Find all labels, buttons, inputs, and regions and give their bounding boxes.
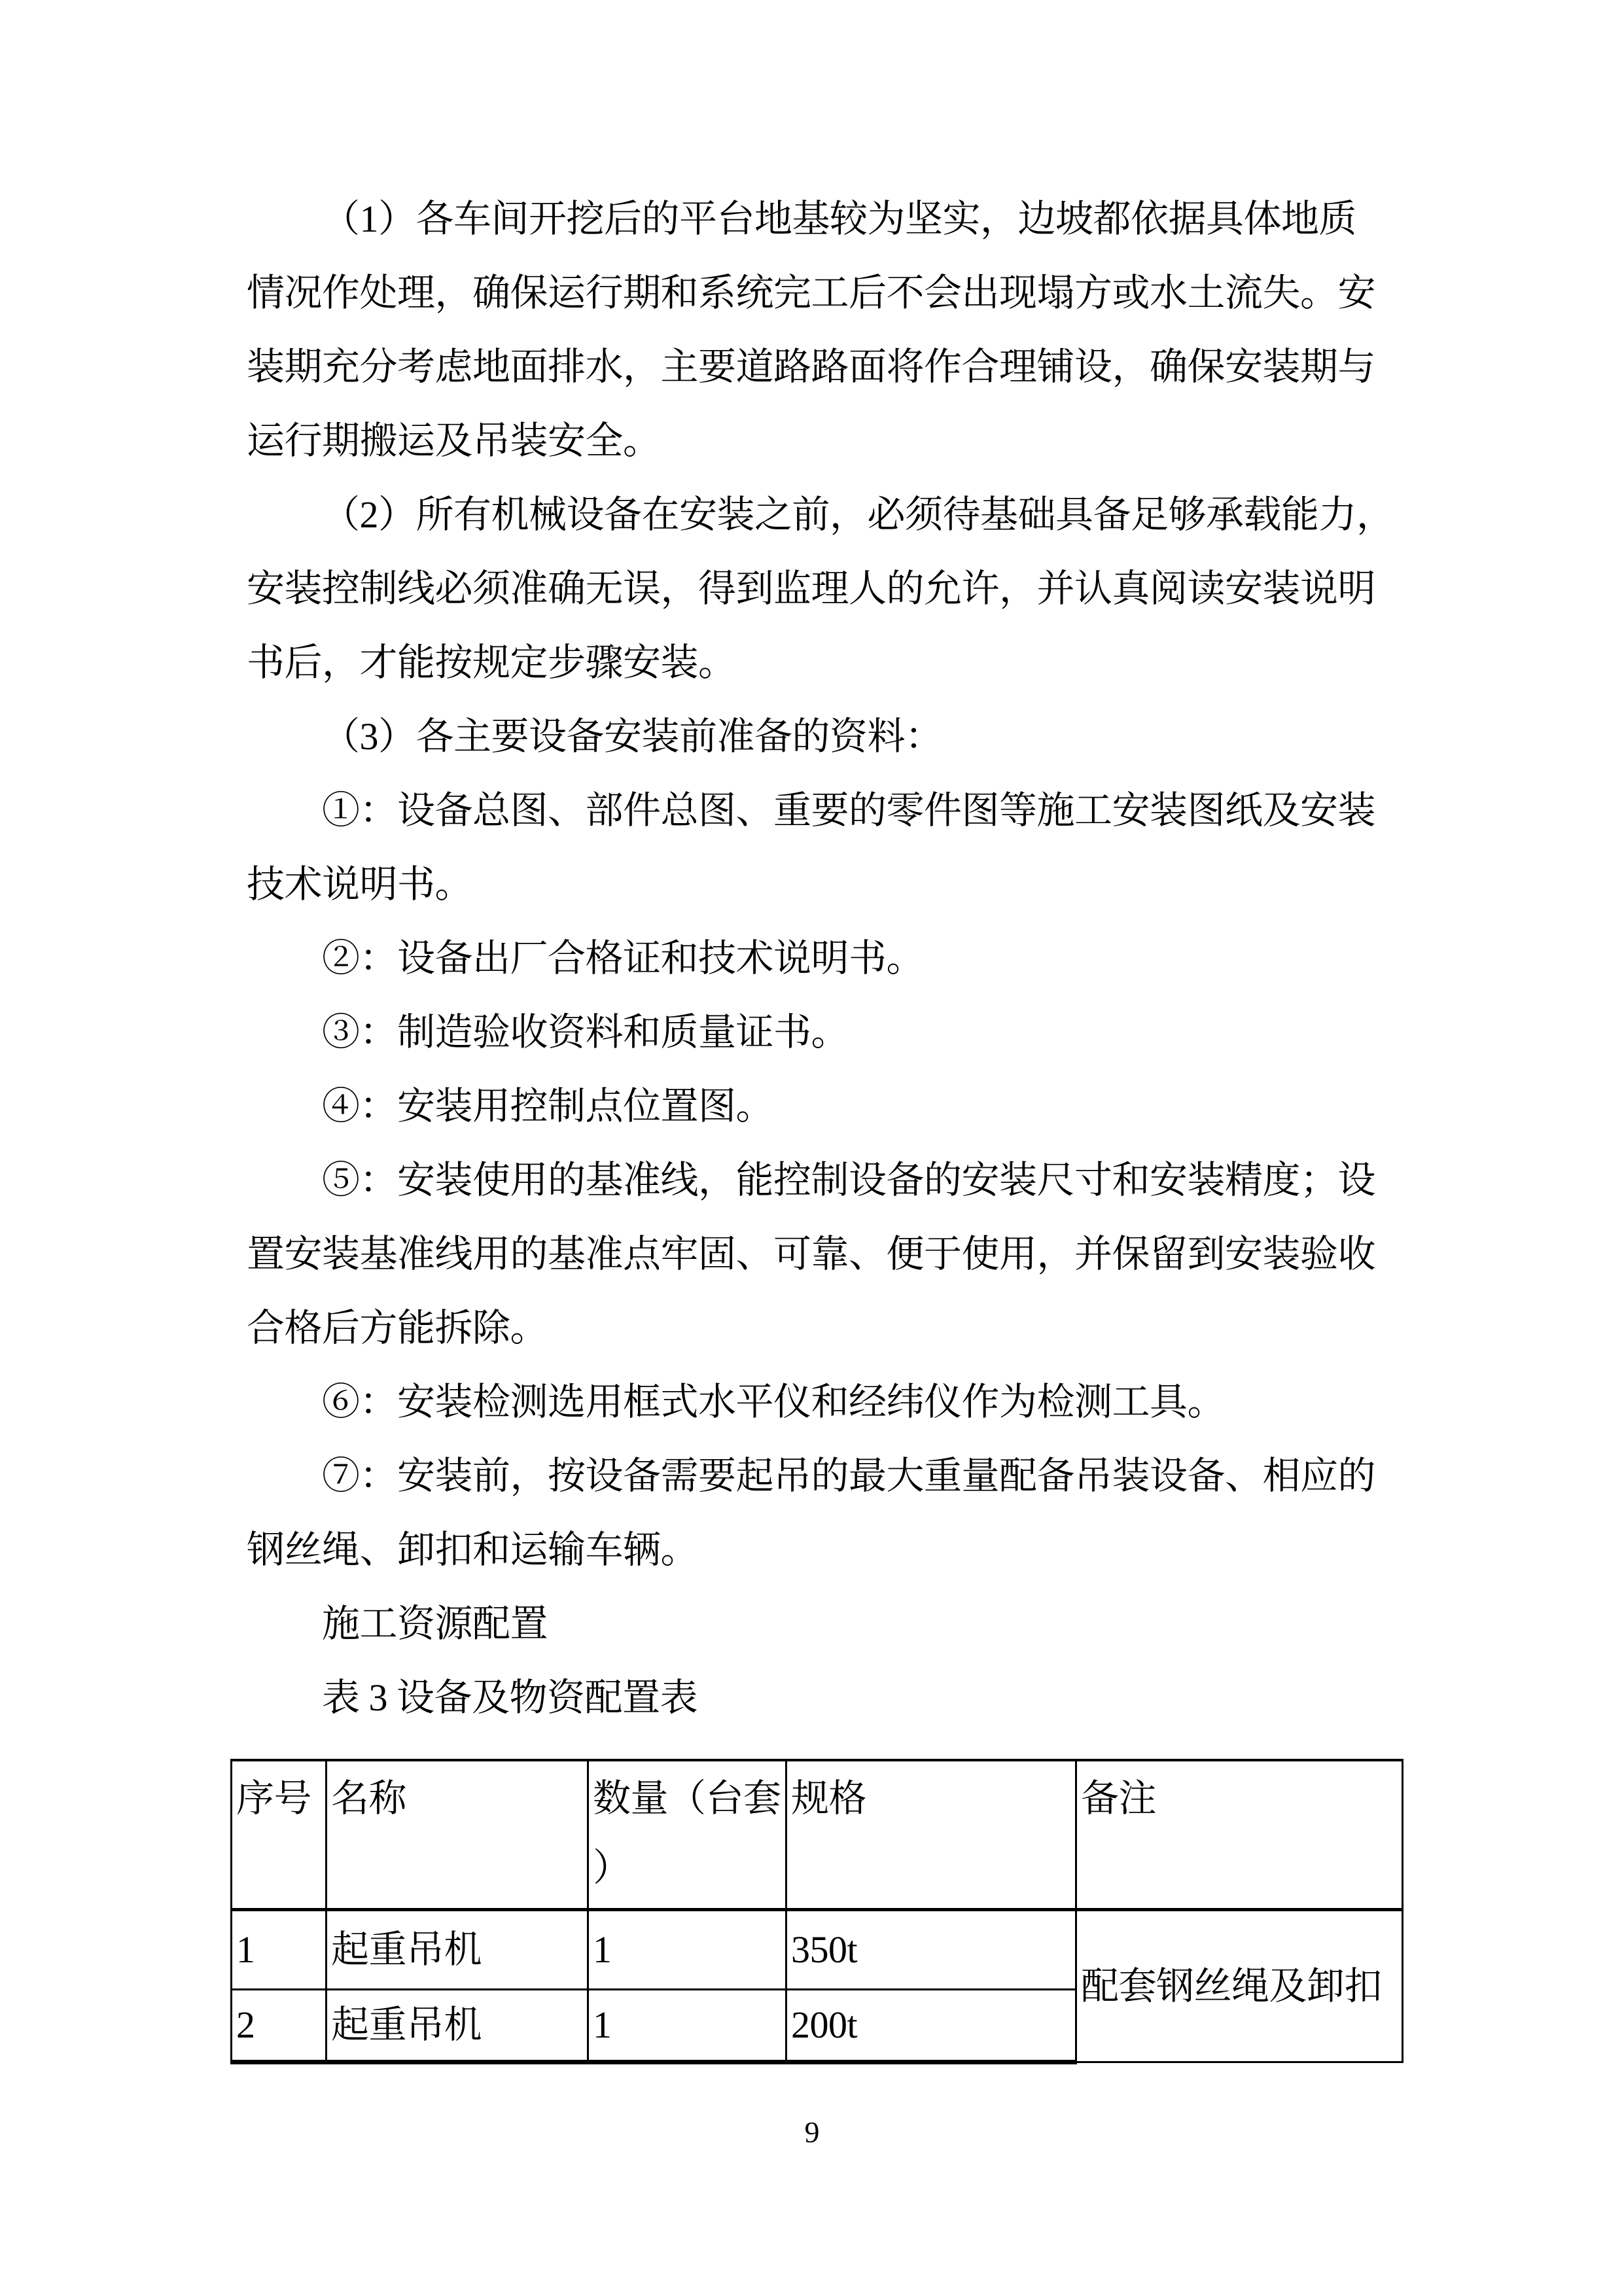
header-spec: 规格 [786, 1760, 1076, 1910]
paragraph-line: （2）所有机械设备在安装之前，必须待基础具备足够承载能力， [247, 478, 1393, 552]
page-number: 9 [0, 2115, 1624, 2149]
paragraph-line: 运行期搬运及吊装安全。 [247, 404, 1393, 478]
list-item-line: ①：设备总图、部件总图、重要的零件图等施工安装图纸及安装 [247, 773, 1393, 847]
equipment-table: 序号 名称 数量（台套 ） 规格 备注 1 起重吊机 1 350t 配套钢丝绳及… [230, 1759, 1403, 2064]
cell-seq: 1 [232, 1910, 327, 1990]
table-caption: 表 3 设备及物资配置表 [247, 1661, 1393, 1735]
paragraph-line: （3）各主要设备安装前准备的资料： [247, 699, 1393, 773]
cell-spec: 200t [786, 1990, 1076, 2062]
cell-qty: 1 [588, 1910, 786, 1990]
list-item-line: ⑥：安装检测选用框式水平仪和经纬仪作为检测工具。 [247, 1365, 1393, 1439]
header-qty: 数量（台套 ） [588, 1760, 786, 1910]
list-item-line: ⑦：安装前，按设备需要起吊的最大重量配备吊装设备、相应的 [247, 1439, 1393, 1513]
cell-name: 起重吊机 [327, 1910, 588, 1990]
table-header-row: 序号 名称 数量（台套 ） 规格 备注 [232, 1760, 1403, 1910]
table-row: 1 起重吊机 1 350t 配套钢丝绳及卸扣 [232, 1910, 1403, 1990]
list-item-line: ④：安装用控制点位置图。 [247, 1069, 1393, 1143]
document-body: （1）各车间开挖后的平台地基较为坚实，边坡都依据具体地质 情况作处理，确保运行期… [247, 182, 1393, 2064]
cell-name: 起重吊机 [327, 1990, 588, 2062]
header-seq: 序号 [232, 1760, 327, 1910]
list-item-line: ⑤：安装使用的基准线，能控制设备的安装尺寸和安装精度；设 [247, 1143, 1393, 1217]
list-item-line: ②：设备出厂合格证和技术说明书。 [247, 921, 1393, 995]
header-note: 备注 [1076, 1760, 1403, 1910]
list-item-line: 合格后方能拆除。 [247, 1291, 1393, 1365]
cell-seq: 2 [232, 1990, 327, 2062]
cell-spec: 350t [786, 1910, 1076, 1990]
paragraph-line: 装期充分考虑地面排水，主要道路路面将作合理铺设，确保安装期与 [247, 330, 1393, 404]
document-page: （1）各车间开挖后的平台地基较为坚实，边坡都依据具体地质 情况作处理，确保运行期… [0, 0, 1624, 2296]
header-name: 名称 [327, 1760, 588, 1910]
cell-qty: 1 [588, 1990, 786, 2062]
paragraph-line: 书后，才能按规定步骤安装。 [247, 626, 1393, 699]
list-item-line: ③：制造验收资料和质量证书。 [247, 995, 1393, 1069]
list-item-line: 置安装基准线用的基准点牢固、可靠、便于使用，并保留到安装验收 [247, 1217, 1393, 1291]
cell-note-merged: 配套钢丝绳及卸扣 [1076, 1910, 1403, 2062]
paragraph-line: （1）各车间开挖后的平台地基较为坚实，边坡都依据具体地质 [247, 182, 1393, 256]
section-heading: 施工资源配置 [247, 1587, 1393, 1661]
list-item-line: 钢丝绳、卸扣和运输车辆。 [247, 1513, 1393, 1587]
list-item-line: 技术说明书。 [247, 847, 1393, 921]
paragraph-line: 安装控制线必须准确无误，得到监理人的允许，并认真阅读安装说明 [247, 552, 1393, 626]
paragraph-line: 情况作处理，确保运行期和系统完工后不会出现塌方或水土流失。安 [247, 256, 1393, 330]
